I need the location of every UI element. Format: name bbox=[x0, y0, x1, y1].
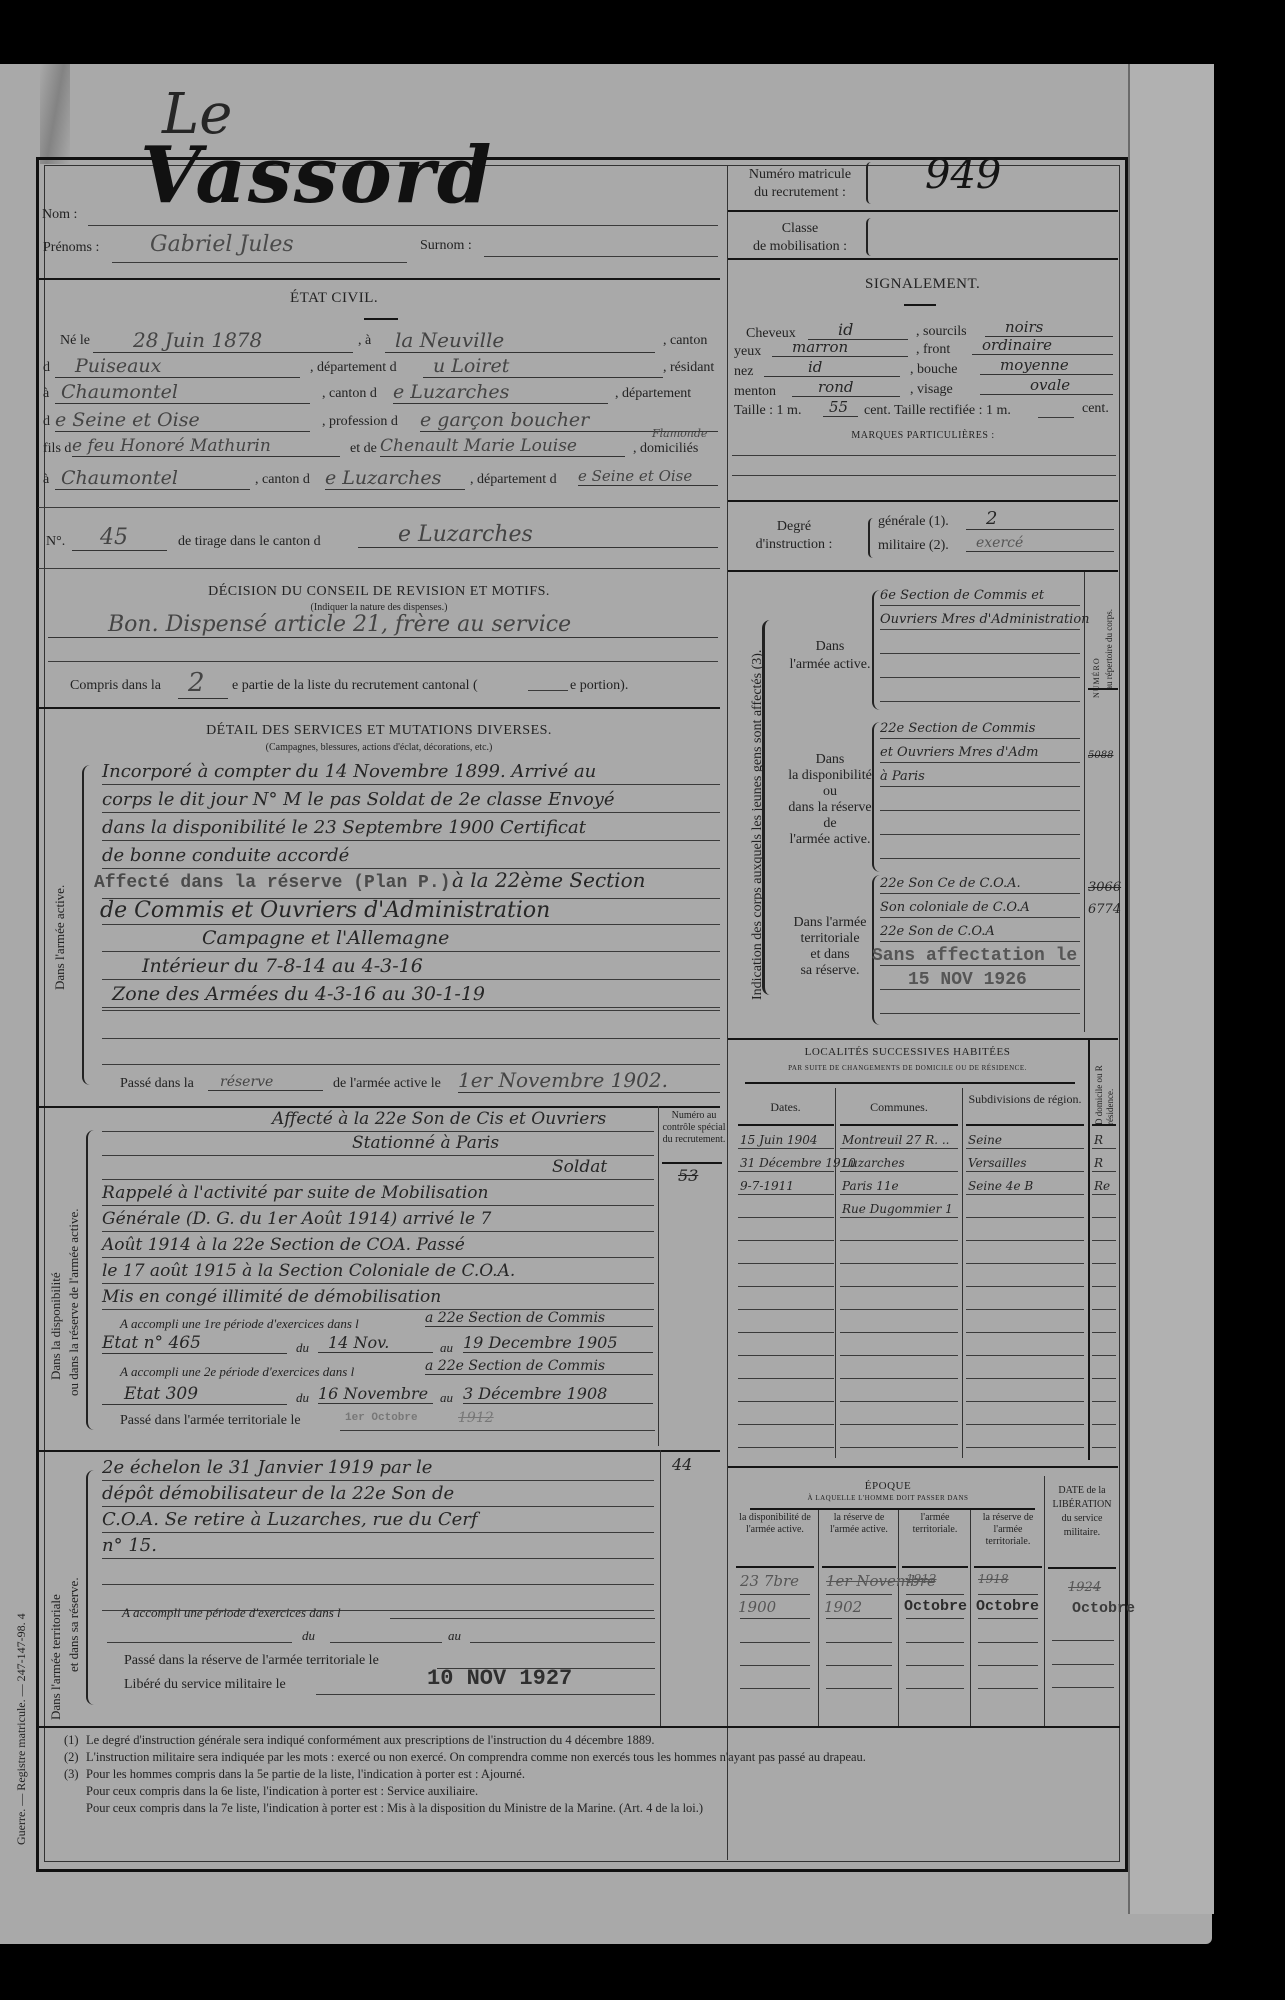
domicilies-label: , domiciliés bbox=[633, 441, 698, 457]
handwritten-entry: 22e Section de Commis bbox=[880, 721, 1035, 736]
divider bbox=[728, 1466, 1118, 1468]
label-line: Dans l'armée bbox=[775, 915, 885, 931]
numero-sublabel: au répertoire du corps. bbox=[1104, 609, 1114, 690]
header-rule bbox=[736, 1566, 814, 1568]
brace bbox=[868, 518, 878, 558]
epoque-subtitle: À LAQUELLE L'HOMME DOIT PASSER DANS bbox=[738, 1494, 1038, 1502]
localites-cell-commune bbox=[840, 1264, 958, 1287]
localites-cell-type bbox=[1092, 1333, 1116, 1356]
localites-cell-type bbox=[1092, 1241, 1116, 1264]
localites-cell-subdivision bbox=[966, 1402, 1084, 1425]
ruled-line: Août 1914 à la 22e Section de COA. Passé bbox=[102, 1232, 654, 1258]
handwritten-entry: Soldat bbox=[552, 1157, 607, 1177]
localites-cell-subdivision bbox=[966, 1333, 1084, 1356]
territoriale-line bbox=[340, 1430, 655, 1431]
handwritten-entry: R bbox=[1094, 1133, 1103, 1147]
divider bbox=[728, 500, 1118, 502]
affecte-line-2: de Commis et Ouvriers d'Administration bbox=[100, 898, 550, 923]
localites-col-dates: Dates. bbox=[738, 1100, 833, 1115]
portion-suffix: e portion). bbox=[570, 678, 628, 694]
localites-cell-type bbox=[1092, 1195, 1116, 1218]
sans-affectation-stamp: Sans affectation le bbox=[872, 946, 1077, 966]
footnote: Pour ceux compris dans la 7e liste, l'in… bbox=[64, 1800, 1114, 1817]
services-title: DÉTAIL DES SERVICES ET MUTATIONS DIVERSE… bbox=[38, 723, 720, 739]
periode1-unit: a 22e Section de Commis bbox=[425, 1310, 653, 1327]
footnote-text: Le degré d'instruction générale sera ind… bbox=[86, 1733, 655, 1747]
ruled-line: Stationné à Paris bbox=[102, 1132, 654, 1156]
epoque-value-line1: 23 7bre bbox=[740, 1572, 799, 1590]
periode1-label: A accompli une 1re période d'exercices d… bbox=[120, 1316, 359, 1332]
localites-cell-subdivision bbox=[966, 1425, 1084, 1448]
label-line: sa réserve. bbox=[775, 963, 885, 979]
residence-departement: e Seine et Oise bbox=[55, 409, 310, 432]
ruled-line: Zone des Armées du 4-3-16 au 30-1-19 bbox=[102, 980, 720, 1008]
ruled-line: dépôt démobilisateur de la 22e Son de bbox=[102, 1481, 654, 1507]
handwritten-entry: dépôt démobilisateur de la 22e Son de bbox=[102, 1483, 454, 1504]
passe-date: 1er Novembre 1902. bbox=[458, 1068, 720, 1093]
label-line: ou bbox=[775, 784, 885, 800]
localites-cell-type bbox=[1092, 1379, 1116, 1402]
epoque-value-line1: 1912 bbox=[906, 1572, 937, 1586]
handwritten-entry: 31 Décembre 1910 bbox=[740, 1156, 856, 1170]
column-divider bbox=[727, 165, 728, 1860]
ruled-line bbox=[880, 678, 1080, 702]
etat-civil-title: ÉTAT CIVIL. bbox=[290, 290, 378, 307]
departement3-label: , département d bbox=[470, 472, 557, 488]
localites-cell-date bbox=[738, 1195, 834, 1218]
canton2-label: , canton d bbox=[322, 386, 377, 402]
ruled-line: 2e échelon le 31 Janvier 1919 par le bbox=[102, 1455, 654, 1481]
periode1-to: 19 Decembre 1905 bbox=[463, 1333, 653, 1353]
ruled-line: Campagne et l'Allemagne bbox=[102, 924, 720, 952]
ruled-line bbox=[978, 1665, 1038, 1666]
a-label: , à bbox=[358, 333, 371, 349]
ruled-line bbox=[740, 1665, 810, 1666]
tirage-label: de tirage dans le canton d bbox=[178, 534, 321, 550]
epoque-divider bbox=[970, 1510, 971, 1726]
footnote-text: L'instruction militaire sera indiquée pa… bbox=[86, 1750, 866, 1764]
ruled-line bbox=[978, 1688, 1038, 1689]
periode2-to: 3 Décembre 1908 bbox=[463, 1384, 653, 1404]
partie-number: 2 bbox=[178, 668, 228, 699]
handwritten-entry: Rue Dugommier 1 bbox=[842, 1202, 953, 1216]
a2-label: à bbox=[43, 386, 49, 402]
side-label-disponibilite-1: Dans la disponibilité bbox=[48, 1272, 64, 1380]
header-rule bbox=[902, 1566, 968, 1568]
label-line: l'armée active. bbox=[775, 832, 885, 848]
father-name: e feu Honoré Mathurin bbox=[72, 436, 340, 457]
footnote: (1)Le degré d'instruction générale sera … bbox=[64, 1732, 1114, 1749]
ruled-line bbox=[316, 1694, 655, 1695]
brace bbox=[86, 1130, 96, 1430]
ruled-line bbox=[102, 898, 720, 899]
ruled-line bbox=[102, 1038, 720, 1039]
visage-value: ovale bbox=[980, 376, 1113, 395]
matricule-label-2: du recrutement : bbox=[730, 184, 870, 202]
parents-residence: Chaumontel bbox=[55, 467, 250, 490]
localites-col-communes: Communes. bbox=[838, 1100, 960, 1115]
au-label: au bbox=[448, 1628, 461, 1644]
handwritten-entry: Seine bbox=[968, 1133, 1002, 1147]
divider bbox=[38, 568, 720, 569]
compris-suffix: e partie de la liste du recrutement cant… bbox=[232, 678, 478, 694]
residence: Chaumontel bbox=[55, 381, 310, 404]
ruled-line: Rappelé à l'activité par suite de Mobili… bbox=[102, 1180, 654, 1206]
militaire-label: militaire (2). bbox=[878, 538, 949, 554]
handwritten-entry: Stationné à Paris bbox=[352, 1133, 499, 1153]
localites-cell-commune bbox=[840, 1218, 958, 1241]
handwritten-entry: 6e Section de Commis et bbox=[880, 588, 1044, 603]
classe-label-2: de mobilisation : bbox=[730, 238, 870, 256]
parents-departement: e Seine et Oise bbox=[578, 467, 718, 486]
divider bbox=[728, 258, 1118, 260]
ruled-line bbox=[740, 1594, 810, 1595]
handwritten-entry: Générale (D. G. du 1er Août 1914) arrivé… bbox=[102, 1209, 491, 1229]
controle-divider bbox=[660, 1450, 661, 1726]
ruled-line bbox=[740, 1688, 810, 1689]
localites-cell-type bbox=[1092, 1287, 1116, 1310]
ruled-line: Générale (D. G. du 1er Août 1914) arrivé… bbox=[102, 1206, 654, 1232]
ruled-line: Intérieur du 7-8-14 au 4-3-16 bbox=[102, 952, 720, 980]
canton-label: , canton bbox=[663, 333, 707, 349]
epoque-col-header: la disponibilité de l'armée active. bbox=[734, 1512, 816, 1536]
footnote-number: (2) bbox=[64, 1749, 86, 1766]
territoriale-label: Passé dans l'armée territoriale le bbox=[120, 1413, 301, 1429]
au-label: au bbox=[440, 1390, 453, 1406]
localites-cell-commune bbox=[840, 1287, 958, 1310]
visage-label: , visage bbox=[910, 382, 953, 398]
prenoms-label: Prénoms : bbox=[43, 240, 99, 256]
matricule-label-1: Numéro matricule bbox=[730, 166, 870, 184]
front-label: , front bbox=[916, 342, 950, 358]
corps-territoriale-numero-2: 6774 bbox=[1088, 902, 1121, 917]
et-de-label: et de bbox=[350, 441, 377, 457]
ruled-line: le 17 août 1915 à la Section Coloniale d… bbox=[102, 1258, 654, 1284]
ruled-line bbox=[826, 1688, 892, 1689]
localites-cell-commune: Paris 11e bbox=[840, 1172, 958, 1195]
ruled-line bbox=[107, 1642, 292, 1643]
brace bbox=[866, 162, 876, 204]
numero-rule bbox=[1088, 688, 1118, 690]
controle-number-2: 44 bbox=[672, 1455, 692, 1474]
handwritten-entry: 22e Son de C.O.A bbox=[880, 924, 995, 939]
conseil-title: DÉCISION DU CONSEIL DE REVISION ET MOTIF… bbox=[38, 584, 720, 600]
label-line: Dans bbox=[775, 638, 885, 656]
nom-label: Nom : bbox=[42, 207, 77, 223]
localites-cell-type bbox=[1092, 1310, 1116, 1333]
side-label-disponibilite-2: ou dans la réserve de l'armée active. bbox=[66, 1209, 82, 1397]
ruled-line bbox=[740, 1618, 810, 1619]
mother-name: Chenault Marie Louise bbox=[380, 436, 625, 457]
instruction-label: Degré d'instruction : bbox=[738, 518, 850, 554]
birth-place: la Neuville bbox=[385, 328, 655, 353]
epoque-value-line1: 1918 bbox=[978, 1572, 1009, 1586]
tirage-number: 45 bbox=[72, 525, 167, 551]
ruled-line bbox=[906, 1594, 964, 1595]
corps-territoriale-label: Dans l'arméeterritorialeet danssa réserv… bbox=[775, 915, 885, 979]
localites-cell-type bbox=[1092, 1425, 1116, 1448]
periode1-from: 14 Nov. bbox=[318, 1333, 433, 1353]
epoque-col-header: l'armée territoriale. bbox=[900, 1512, 970, 1536]
localites-cell-subdivision: Versailles bbox=[966, 1149, 1084, 1172]
ruled-line: de bonne conduite accordé bbox=[102, 841, 720, 869]
localites-cell-subdivision: Seine 4e B bbox=[966, 1172, 1084, 1195]
localites-cell-date bbox=[738, 1287, 834, 1310]
footnote-text: Pour les hommes compris dans la 5e parti… bbox=[86, 1767, 525, 1781]
tirage-no-label: N°. bbox=[46, 534, 65, 550]
ruled-line: Mis en congé illimité de démobilisation bbox=[102, 1284, 654, 1310]
localites-cell-commune bbox=[840, 1241, 958, 1264]
ruled-line bbox=[1052, 1687, 1114, 1688]
localites-cell-commune bbox=[840, 1333, 958, 1356]
epoque-divider bbox=[1044, 1476, 1045, 1726]
footnote-number: (3) bbox=[64, 1766, 86, 1783]
handwritten-entry: le 17 août 1915 à la Section Coloniale d… bbox=[102, 1261, 515, 1281]
divider bbox=[728, 570, 1118, 572]
controle-divider bbox=[658, 1106, 659, 1446]
localites-cell-date bbox=[738, 1218, 834, 1241]
residence-canton: e Luzarches bbox=[393, 381, 608, 404]
du-label: du bbox=[296, 1390, 309, 1406]
paper-crease bbox=[40, 64, 70, 164]
sourcils-value: noirs bbox=[985, 318, 1113, 337]
d-label: d bbox=[43, 360, 50, 376]
instruction-label-2: d'instruction : bbox=[738, 536, 850, 554]
nom-line bbox=[88, 225, 718, 226]
handwritten-entry: à Paris bbox=[880, 769, 925, 784]
corps-disponibilite-numero: 5088 bbox=[1088, 750, 1113, 761]
localites-cell-date: 31 Décembre 1910 bbox=[738, 1149, 834, 1172]
menton-label: menton bbox=[734, 384, 776, 400]
label-line: Dans bbox=[775, 752, 885, 768]
localites-cell-commune bbox=[840, 1402, 958, 1425]
libere-label: Libéré du service militaire le bbox=[124, 1677, 286, 1693]
territoriale-year: 1912 bbox=[458, 1410, 494, 1426]
localites-cell-subdivision bbox=[966, 1310, 1084, 1333]
ruled-line bbox=[978, 1618, 1038, 1619]
handwritten-entry: 15 Juin 1904 bbox=[740, 1133, 818, 1147]
sourcils-label: , sourcils bbox=[916, 324, 967, 340]
bouche-label: , bouche bbox=[910, 362, 957, 378]
bouche-value: moyenne bbox=[980, 356, 1113, 375]
ruled-line: 22e Son Ce de C.O.A. bbox=[880, 870, 1080, 894]
epoque-col-header: la réserve de l'armée active. bbox=[820, 1512, 898, 1536]
handwritten-entry: 9-7-1911 bbox=[740, 1179, 794, 1193]
localites-cell-commune bbox=[840, 1379, 958, 1402]
controle-number: 53 bbox=[678, 1166, 698, 1185]
periode2-label: A accompli une 2e période d'exercices da… bbox=[120, 1364, 354, 1380]
ruled-line: Affecté à la 22e Son de Cis et Ouvriers bbox=[102, 1108, 654, 1132]
localites-col-domicile: D domicile ou R résidence. bbox=[1094, 1040, 1116, 1125]
handwritten-entry: Août 1914 à la 22e Section de COA. Passé bbox=[102, 1235, 465, 1255]
departement2-label: , département bbox=[615, 386, 691, 402]
periode-territoriale-label: A accompli une période d'exercices dans … bbox=[122, 1605, 341, 1621]
controle-header: Numéro au contrôle spécial du recrutemen… bbox=[662, 1110, 726, 1146]
footnote: Pour ceux compris dans la 6e liste, l'in… bbox=[64, 1783, 1114, 1800]
handwritten-entry: n° 15. bbox=[102, 1535, 157, 1556]
handwritten-entry: 2e échelon le 31 Janvier 1919 par le bbox=[102, 1457, 432, 1478]
divider bbox=[38, 1450, 720, 1452]
ruled-line: 22e Son de C.O.A bbox=[880, 918, 1080, 942]
libere-stamp: 10 NOV 1927 bbox=[427, 1666, 572, 1691]
nez-value: id bbox=[764, 358, 900, 377]
generale-label: générale (1). bbox=[878, 514, 949, 530]
header-rule bbox=[822, 1566, 896, 1568]
au-label: au bbox=[440, 1340, 453, 1356]
localites-cell-subdivision bbox=[966, 1195, 1084, 1218]
epoque-title: ÉPOQUE bbox=[738, 1480, 1038, 1492]
passe-value: réserve bbox=[208, 1074, 323, 1091]
localites-divider bbox=[835, 1088, 836, 1458]
epoque-value-line2: 1900 bbox=[738, 1598, 776, 1616]
footnote: (3)Pour les hommes compris dans la 5e pa… bbox=[64, 1766, 1114, 1783]
localites-cell-date bbox=[738, 1264, 834, 1287]
generale-value: 2 bbox=[966, 508, 1114, 530]
prenoms-line bbox=[112, 262, 407, 263]
divider bbox=[38, 507, 720, 508]
footnote-number: (1) bbox=[64, 1732, 86, 1749]
ruled-line bbox=[880, 787, 1080, 811]
ruled-line: et Ouvriers Mres d'Adm bbox=[880, 739, 1080, 763]
ruled-line: corps le dit jour N° M le pas Soldat de … bbox=[102, 785, 720, 813]
ruled-line: C.O.A. Se retire à Luzarches, rue du Cer… bbox=[102, 1507, 654, 1533]
territoriale-stamp: 1er Octobre bbox=[345, 1412, 418, 1424]
sans-affectation-date: 15 NOV 1926 bbox=[908, 970, 1027, 990]
localites-cell-date bbox=[738, 1379, 834, 1402]
surnom-label: Surnom : bbox=[420, 238, 472, 254]
localites-cell-date bbox=[738, 1402, 834, 1425]
divider bbox=[38, 278, 720, 280]
label-line: et dans bbox=[775, 947, 885, 963]
divider bbox=[38, 707, 720, 709]
ruled-line: à Paris bbox=[880, 763, 1080, 787]
localites-cell-type: Re bbox=[1092, 1172, 1116, 1195]
ruled-line bbox=[1052, 1640, 1114, 1641]
corps-disponibilite-label: Dansla disponibilitéoudans la réservedel… bbox=[775, 752, 885, 848]
periode2-unit: a 22e Section de Commis bbox=[425, 1358, 653, 1375]
handwritten-entry: Incorporé à compter du 14 Novembre 1899.… bbox=[102, 761, 596, 782]
ruled-line bbox=[978, 1594, 1038, 1595]
ruled-line bbox=[978, 1642, 1038, 1643]
classe-label: Classe de mobilisation : bbox=[730, 220, 870, 256]
yeux-label: yeux bbox=[734, 344, 761, 360]
handwritten-entry: et Ouvriers Mres d'Adm bbox=[880, 745, 1038, 760]
localites-cell-type bbox=[1092, 1402, 1116, 1425]
ruled-line bbox=[906, 1688, 964, 1689]
brace bbox=[82, 765, 92, 1085]
localites-cell-type bbox=[1092, 1356, 1116, 1379]
brace bbox=[86, 1470, 96, 1705]
side-label-active: Dans l'armée active. bbox=[52, 885, 68, 990]
corps-territoriale-numero-1: 3066 bbox=[1088, 880, 1121, 895]
handwritten-entry: R bbox=[1094, 1156, 1103, 1170]
handwritten-entry: Luzarches bbox=[842, 1156, 905, 1170]
front-value: ordinaire bbox=[972, 336, 1113, 355]
localites-cell-date bbox=[738, 1310, 834, 1333]
taille-value: 55 bbox=[823, 398, 858, 417]
localites-cell-subdivision bbox=[966, 1264, 1084, 1287]
ruled-line bbox=[102, 1010, 720, 1011]
ruled-line bbox=[732, 475, 1116, 476]
ruled-line bbox=[732, 455, 1116, 456]
surnom-line bbox=[484, 256, 718, 257]
profession-label: , profession d bbox=[322, 414, 398, 430]
handwritten-entry: dans la disponibilité le 23 Septembre 19… bbox=[102, 817, 586, 838]
nez-label: nez bbox=[734, 364, 753, 380]
brace bbox=[762, 620, 773, 995]
handwritten-entry: corps le dit jour N° M le pas Soldat de … bbox=[102, 789, 615, 810]
label-line: l'armée active. bbox=[775, 656, 885, 674]
ruled-line bbox=[390, 1618, 655, 1619]
label-line: de bbox=[775, 816, 885, 832]
localites-cell-subdivision bbox=[966, 1379, 1084, 1402]
header-rule bbox=[974, 1566, 1042, 1568]
handwritten-entry: 22e Son Ce de C.O.A. bbox=[880, 876, 1021, 891]
localites-cell-subdivision bbox=[966, 1356, 1084, 1379]
handwritten-entry: Montreuil 27 R. .. bbox=[842, 1133, 950, 1147]
ruled-line bbox=[102, 1064, 720, 1065]
numero-divider bbox=[1084, 572, 1085, 1032]
matricule-number: 949 bbox=[925, 152, 1001, 198]
localites-cell-date bbox=[738, 1356, 834, 1379]
handwritten-entry: Affecté à la 22e Son de Cis et Ouvriers bbox=[272, 1109, 606, 1129]
handwritten-entry: Versailles bbox=[968, 1156, 1027, 1170]
localites-divider bbox=[962, 1088, 963, 1458]
side-label-territoriale-1: Dans l'armée territoriale bbox=[48, 1594, 64, 1720]
ruled-line bbox=[1052, 1664, 1114, 1665]
footnote-text: Pour ceux compris dans la 7e liste, l'in… bbox=[86, 1801, 703, 1815]
ruled-line bbox=[740, 1642, 810, 1643]
ruled-line bbox=[330, 1642, 442, 1643]
divider bbox=[728, 1038, 1118, 1040]
localites-cell-commune: Luzarches bbox=[840, 1149, 958, 1172]
handwritten-entry: Ouvriers Mres d'Administration bbox=[880, 612, 1090, 627]
header-rule bbox=[1048, 1567, 1116, 1569]
mother-extra-name: Flamonde bbox=[652, 427, 707, 440]
ruled-line bbox=[906, 1665, 964, 1666]
ruled-line: 6e Section de Commis et bbox=[880, 582, 1080, 606]
ruled-line bbox=[906, 1618, 964, 1619]
menton-value: rond bbox=[792, 378, 900, 397]
epoque-divider bbox=[818, 1510, 819, 1726]
printer-imprint: Guerre. — Registre matricule. — 247-147-… bbox=[14, 1613, 29, 1845]
yeux-value: marron bbox=[772, 338, 908, 357]
localites-cell-date: 9-7-1911 bbox=[738, 1172, 834, 1195]
divider bbox=[38, 1726, 1120, 1728]
marques-label: MARQUES PARTICULIÈRES : bbox=[728, 430, 1118, 441]
ruled-line: Soldat bbox=[102, 1156, 654, 1180]
affecte-reserve-stamp: Affecté dans la réserve (Plan P.) bbox=[94, 873, 450, 893]
localites-cell-date bbox=[738, 1241, 834, 1264]
localites-cell-date: 15 Juin 1904 bbox=[738, 1126, 834, 1149]
localites-cell-commune: Montreuil 27 R. .. bbox=[840, 1126, 958, 1149]
epoque-value-line2: Octobre bbox=[976, 1598, 1039, 1615]
liberation-header: DATE de la LIBÉRATION du service militai… bbox=[1048, 1484, 1116, 1540]
localites-cell-subdivision: Seine bbox=[966, 1126, 1084, 1149]
label-line: la disponibilité bbox=[775, 768, 885, 784]
ruled-line bbox=[102, 1559, 654, 1585]
ruled-line bbox=[48, 661, 718, 662]
localites-cell-type bbox=[1092, 1264, 1116, 1287]
reserve-territoriale-label: Passé dans la réserve de l'armée territo… bbox=[124, 1653, 379, 1669]
surname: Vassord bbox=[140, 130, 493, 221]
birth-canton: Puiseaux bbox=[55, 355, 300, 378]
ruled-line: Ouvriers Mres d'Administration bbox=[880, 606, 1080, 630]
periode1-etat: Etat n° 465 bbox=[102, 1333, 287, 1354]
d2-label: d bbox=[43, 414, 50, 430]
localites-cell-type: R bbox=[1092, 1126, 1116, 1149]
localites-cell-date bbox=[738, 1425, 834, 1448]
